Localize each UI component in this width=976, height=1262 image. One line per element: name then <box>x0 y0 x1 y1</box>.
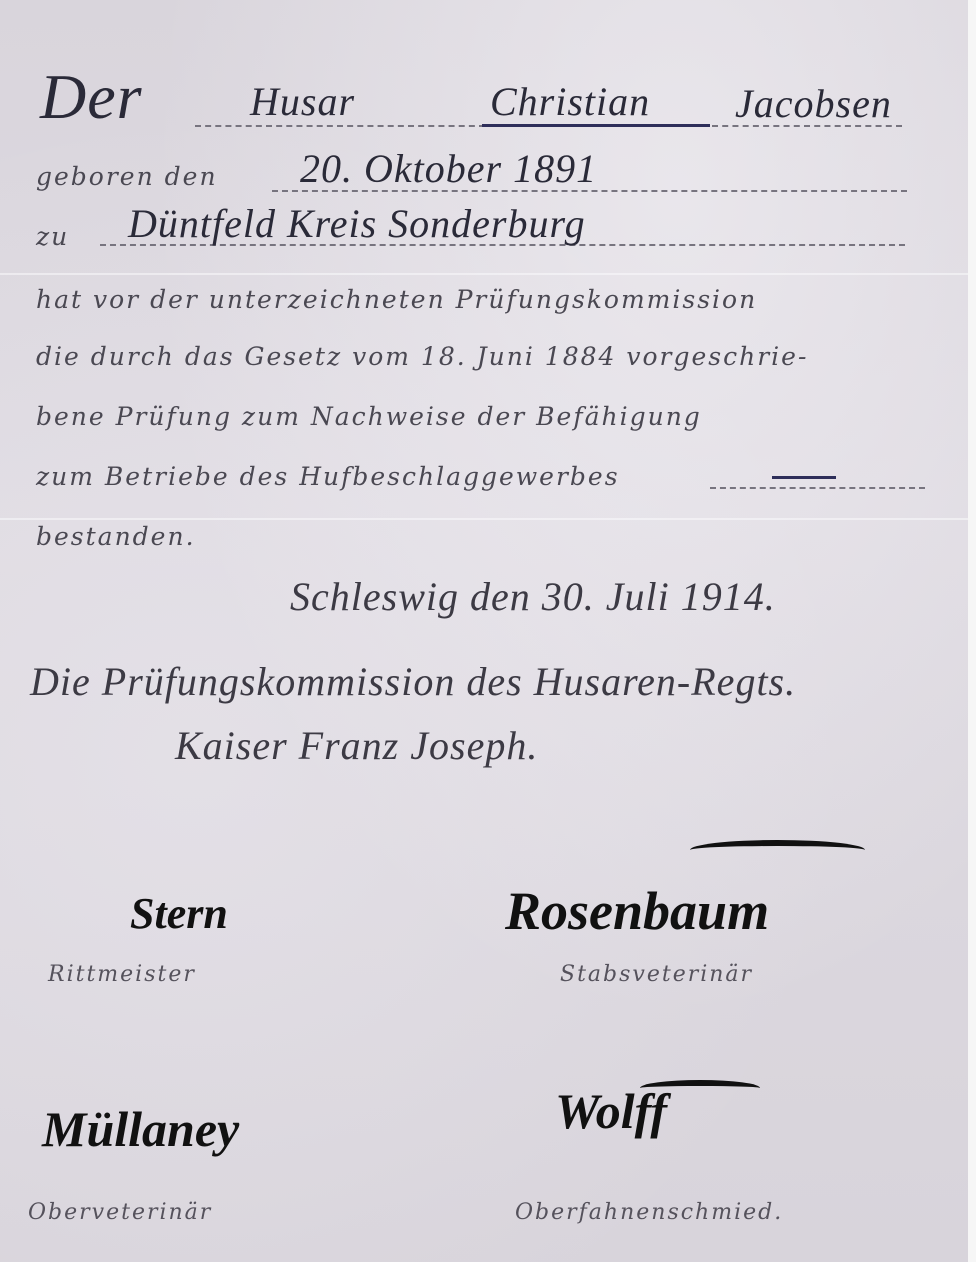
role-rittmeister: Rittmeister <box>48 962 196 987</box>
birthplace-field: Düntfeld Kreis Sonderburg <box>128 200 586 247</box>
signature-rosenbaum: Rosenbaum <box>505 880 769 942</box>
fill-line <box>195 125 485 127</box>
paper-fold <box>0 273 968 275</box>
body-line-7: zum Betriebe des Hufbeschlaggewerbes <box>36 462 620 491</box>
first-name-field: Christian <box>490 78 650 125</box>
body-line-8: bestanden. <box>36 522 196 551</box>
printed-der: Der <box>40 60 143 134</box>
place-date: Schleswig den 30. Juli 1914. <box>290 573 776 620</box>
signature-muellaney: Müllaney <box>42 1100 239 1158</box>
signature-flourish <box>690 840 865 860</box>
role-oberfahnenschmied: Oberfahnenschmied. <box>515 1200 783 1225</box>
rank-field: Husar <box>250 78 355 125</box>
printed-geboren: geboren den <box>36 162 218 191</box>
printed-zu: zu <box>36 222 69 251</box>
fill-line <box>710 487 925 489</box>
commission-line-1: Die Prüfungskommission des Husaren-Regts… <box>30 658 796 705</box>
last-name-field: Jacobsen <box>735 80 892 127</box>
birth-date-field: 20. Oktober 1891 <box>300 145 597 192</box>
paper-fold <box>0 518 968 520</box>
body-line-6: bene Prüfung zum Nachweise der Befähigun… <box>36 402 702 431</box>
blank-dash-mark <box>772 476 836 479</box>
body-line-4: hat vor der unterzeichneten Prüfungskomm… <box>36 285 757 314</box>
scan-edge <box>968 0 976 1262</box>
signature-stern: Stern <box>130 888 228 939</box>
role-stabsveterinaer: Stabsveterinär <box>560 962 753 987</box>
role-oberveterinaer: Oberveterinär <box>28 1200 212 1225</box>
signature-wolff: Wolff <box>555 1082 667 1140</box>
body-line-5: die durch das Gesetz vom 18. Juni 1884 v… <box>36 342 808 371</box>
commission-line-2: Kaiser Franz Joseph. <box>175 722 538 769</box>
